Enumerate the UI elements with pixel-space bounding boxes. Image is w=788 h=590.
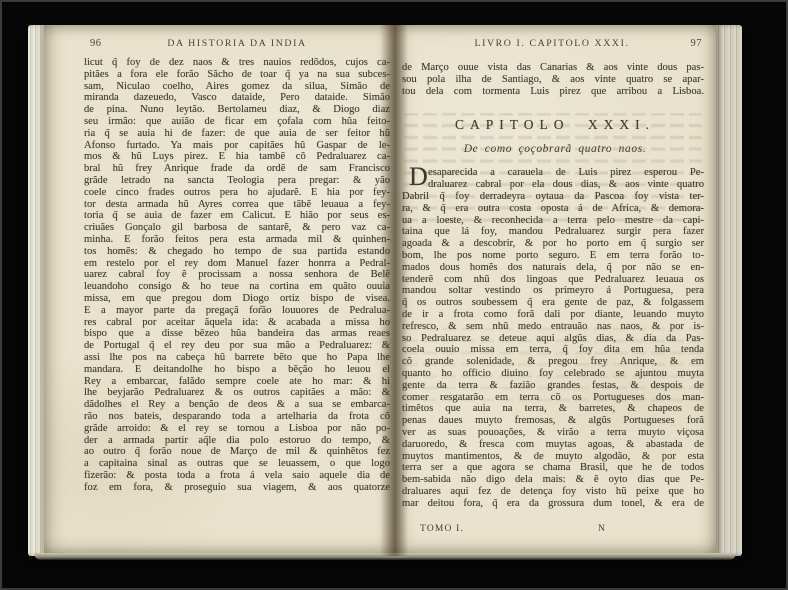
drop-cap: D [409,165,428,189]
text-line: missa, em que pregou dom Diogo ortiz bis… [84,293,390,305]
text-line: so Pedraluarez se deteue aqui algũs dias… [402,333,704,345]
text-line: sam, Niculao coelho, Aires gomez da silu… [84,81,390,93]
text-line: pitães a fora ele forão Sãcho de toar q̃… [84,69,390,81]
right-page-footer: TOMO I. N [402,524,704,536]
text-line: ao outro q̃ forão noue de Março de mil &… [84,446,390,458]
text-line: penas daues muyto fremosas, & algũs Port… [402,415,704,427]
text-line: Afonso furtado. Ya mais por capitães hũ … [84,140,390,152]
text-line: coele cinco frades outros pera ho ajudar… [84,187,390,199]
text-line: der a armada partir aq̃le dia polo estor… [84,435,390,447]
page-number-right: 97 [691,38,703,49]
text-line: tou dela com tormenta Luis pirez que arr… [402,86,704,98]
text-line: muytos mantimentos, & de muyto algodão, … [402,451,704,463]
text-line: bem-sabida não digo dela mais: & ẽ oyto … [402,474,704,486]
text-line: grãde letrado na sancta Teologia pera pr… [84,175,390,187]
text-line: sou pola ilha de Santiago, & aos vinte q… [402,74,704,86]
text-line: res cabral por aceitar ãquela ida: & aca… [84,317,390,329]
text-line: mar deitou fora, q̃ era da grossura dum … [402,498,704,510]
text-line: draluares aqui fez de detença foy visto … [402,486,704,498]
chapter-heading: CAPITOLO XXXI. [394,117,716,133]
text-line: toria q̃ se auia de fazer em Calicut. E … [84,210,390,222]
text-line: de pina. Nuno leytão. Bertolameu diaz, &… [84,104,390,116]
text-line: ra, & q̃ era outra costa oposta á de Afr… [402,203,704,215]
text-line: ua a loeste, & reconhecida a terra pelo … [402,215,704,227]
text-line: uarez cabral foy ẽ procissam a nossa sen… [84,269,390,281]
text-line: esaparecida a carauela de Luis pirez esp… [428,167,704,179]
right-page: LIVRO I. CAPITOLO XXXI. 97 de Março ouue… [394,25,716,556]
right-page-intro: de Março ouue vista das Canarias & aos v… [402,62,704,97]
text-line: bral hũ frey Anrique frade da ordẽ de sa… [84,163,390,175]
text-line: miranda dazeuedo, Vasco dataide, Pero da… [84,92,390,104]
text-line: minha. E forão feitos pera esta armada m… [84,234,390,246]
text-line: coela ouuio missa em terra, q̃ foy dita … [402,344,704,356]
text-line: draluarez cabral por ela dous dias, & ao… [428,179,704,191]
text-line: comer resgatarão em terra cõ os Portugue… [402,392,704,404]
text-line: de ir a frota como forã dali por diante,… [402,309,704,321]
text-line: mandou soltar vestindo os primeyro á Por… [402,285,704,297]
text-line: mados dous homẽs dos naturais dela, q̃ p… [402,262,704,274]
text-line: tor desta armada hũ Ayres correa que tãb… [84,199,390,211]
footer-volume: TOMO I. [420,524,464,534]
text-line: em restelo por el rey dom Manuel fazer h… [84,258,390,270]
text-line: mandara. E deitandolhe ho bispo a bẽção … [84,364,390,376]
text-line: de Portugal q̃ el rey deu por sua mão a … [84,340,390,352]
right-page-lines: esaparecida a carauela de Luis pirez esp… [402,167,704,509]
left-page-header: 96 DA HISTORIA DA INDIA [44,38,394,50]
text-line: timẽtos que auia na terra, & barretes, &… [402,403,704,415]
text-line: dãdolhes el Rey a benção de deos & a sua… [84,399,390,411]
left-page: 96 DA HISTORIA DA INDIA licut q̃ foy de … [44,25,394,556]
text-line: criuães Gonçalo gil barbosa de santarẽ, … [84,222,390,234]
text-line: agoada & a descobrir, & por ho porto em … [402,238,704,250]
text-line: gente da terra & fazião grandes festas, … [402,380,704,392]
book-spread: 96 DA HISTORIA DA INDIA licut q̃ foy de … [28,25,742,556]
text-line: daruoredo, & fresca com muytas agoas, & … [402,439,704,451]
page-edge-left [28,25,44,556]
text-line: mos & hũ Luys pirez. E hia tambẽ cõ Pedr… [84,151,390,163]
text-line: lhe beyjarão Pedraluarez & os outros cap… [84,387,390,399]
left-page-text: licut q̃ foy de dez naos & tres nauios r… [84,57,390,493]
text-line: bom, lhe pos nome porto seguro. E em ter… [402,250,704,262]
text-line: tos homẽs: & chegado ho tempo de sua par… [84,246,390,258]
running-title-right: LIVRO I. CAPITOLO XXXI. [394,38,716,49]
chapter-subtitle: De como çoçobrarã quatro naos. [394,143,716,155]
text-line: cõ grande solenidade, & pregou frey Anri… [402,356,704,368]
right-page-header: LIVRO I. CAPITOLO XXXI. 97 [394,38,716,50]
text-line: a capitaina sinal as outras que se leuas… [84,458,390,470]
text-line: licut q̃ foy de dez naos & tres nauios r… [84,57,390,69]
text-line: taina que lá foy, mandou Pedraluarez sur… [402,226,704,238]
text-line: E a mayor parte da pregaçã forão louuore… [84,305,390,317]
text-line: terra ser a que agora se chama Brasil, q… [402,462,704,474]
scanned-book-photo: { "colors": { "background": "#060606", "… [0,0,788,590]
text-line: ver as suas pouoações, & virão a terra m… [402,427,704,439]
text-line: tenderẽ com nhũ dos lingoas que Pedralua… [402,274,704,286]
footer-signature-mark: N [598,524,605,534]
text-line: Rey a embarcar, falãdo sempre coele ate … [84,376,390,388]
text-line: leuandoho consigo & ho teue na cortina e… [84,281,390,293]
text-line: foz em fora, & proseguio sua viagem, & a… [84,482,390,494]
text-line: refresco, & sem nhũ medo entrauão nas na… [402,321,704,333]
right-page-body: D esaparecida a carauela de Luis pirez e… [402,167,704,509]
text-line: assi lhe pos na cabeça hũ barrete bẽto q… [84,352,390,364]
text-line: rão nos bateis, desparando toda a artelh… [84,411,390,423]
text-line: q̃ os outros soubessem q̃ era gente de p… [402,297,704,309]
text-line: quanto ho officio diuino foy celebrado s… [402,368,704,380]
text-line: bispo que a disse bẽzeo hũa bandeira das… [84,328,390,340]
text-line: grãde arroido: & el rey se tornou a Lisb… [84,423,390,435]
text-line: ria q̃ se auia hi de fazer: de que auia … [84,128,390,140]
page-fore-edge [716,25,742,556]
text-line: Dabril q̃ foy derradeyra oytaua da Pasco… [402,191,704,203]
text-line: seu irmão: que auião de ficar em çofala … [84,116,390,128]
page-number-left: 96 [90,38,102,49]
text-line: de Março ouue vista das Canarias & aos v… [402,62,704,74]
text-line: fizerão: & posta toda a frota á vela sai… [84,470,390,482]
